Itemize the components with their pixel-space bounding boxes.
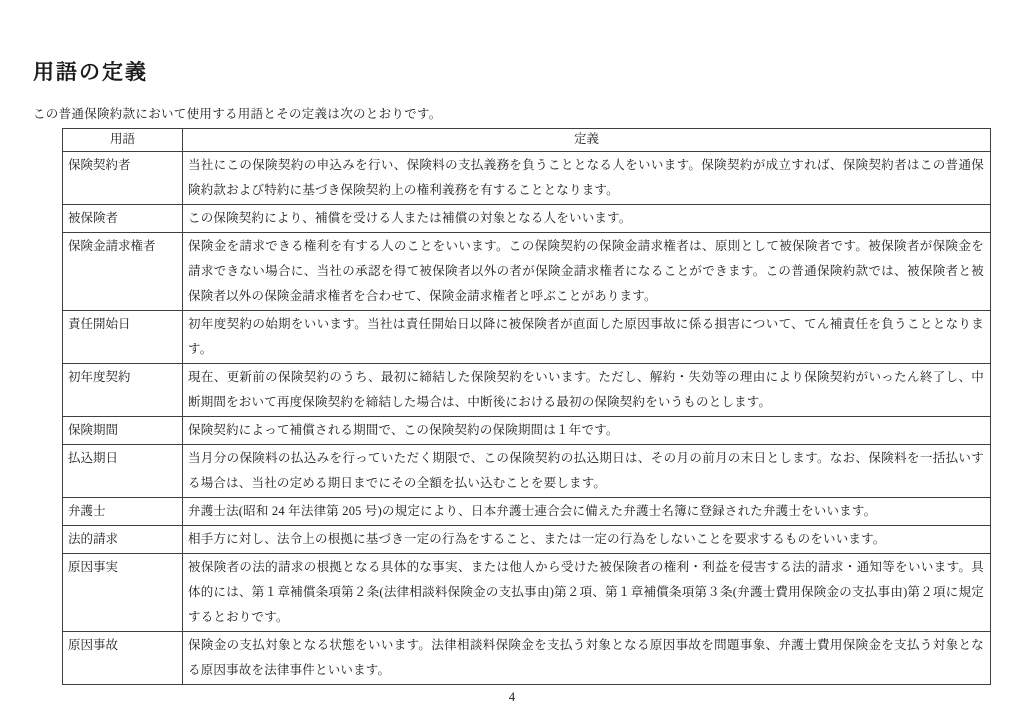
table-body: 保険契約者当社にこの保険契約の申込みを行い、保険料の支払義務を負うこととなる人を… xyxy=(63,152,991,685)
definition-cell: 保険契約によって補償される期間で、この保険契約の保険期間は１年です。 xyxy=(183,417,991,445)
definition-cell: 初年度契約の始期をいいます。当社は責任開始日以降に被保険者が直面した原因事故に係… xyxy=(183,311,991,364)
page-title: 用語の定義 xyxy=(33,56,990,86)
term-cell: 被保険者 xyxy=(63,205,183,233)
table-row: 原因事故保険金の支払対象となる状態をいいます。法律相談料保険金を支払う対象となる… xyxy=(63,632,991,685)
document-page: 用語の定義 この普通保険約款において使用する用語とその定義は次のとおりです。 用… xyxy=(0,0,1024,726)
table-row: 責任開始日初年度契約の始期をいいます。当社は責任開始日以降に被保険者が直面した原… xyxy=(63,311,991,364)
definition-cell: 当月分の保険料の払込みを行っていただく期限で、この保険契約の払込期日は、その月の… xyxy=(183,445,991,498)
definition-cell: 保険金の支払対象となる状態をいいます。法律相談料保険金を支払う対象となる原因事故… xyxy=(183,632,991,685)
term-cell: 原因事故 xyxy=(63,632,183,685)
definition-cell: 被保険者の法的請求の根拠となる具体的な事実、または他人から受けた被保険者の権利・… xyxy=(183,554,991,632)
definition-cell: 弁護士法(昭和 24 年法律第 205 号)の規定により、日本弁護士連合会に備え… xyxy=(183,498,991,526)
table-row: 保険契約者当社にこの保険契約の申込みを行い、保険料の支払義務を負うこととなる人を… xyxy=(63,152,991,205)
definition-column-header: 定義 xyxy=(183,129,991,152)
table-row: 原因事実被保険者の法的請求の根拠となる具体的な事実、または他人から受けた被保険者… xyxy=(63,554,991,632)
term-cell: 法的請求 xyxy=(63,526,183,554)
term-cell: 弁護士 xyxy=(63,498,183,526)
page-number: 4 xyxy=(0,690,1024,705)
definition-cell: 相手方に対し、法令上の根拠に基づき一定の行為をすること、または一定の行為をしない… xyxy=(183,526,991,554)
term-cell: 保険契約者 xyxy=(63,152,183,205)
definition-cell: 当社にこの保険契約の申込みを行い、保険料の支払義務を負うこととなる人をいいます。… xyxy=(183,152,991,205)
definitions-table: 用語 定義 保険契約者当社にこの保険契約の申込みを行い、保険料の支払義務を負うこ… xyxy=(62,128,991,685)
term-cell: 初年度契約 xyxy=(63,364,183,417)
term-cell: 保険金請求権者 xyxy=(63,233,183,311)
table-header-row: 用語 定義 xyxy=(63,129,991,152)
definition-cell: 保険金を請求できる権利を有する人のことをいいます。この保険契約の保険金請求権者は… xyxy=(183,233,991,311)
table-row: 保険期間保険契約によって補償される期間で、この保険契約の保険期間は１年です。 xyxy=(63,417,991,445)
term-cell: 責任開始日 xyxy=(63,311,183,364)
table-row: 法的請求相手方に対し、法令上の根拠に基づき一定の行為をすること、または一定の行為… xyxy=(63,526,991,554)
table-row: 初年度契約現在、更新前の保険契約のうち、最初に締結した保険契約をいいます。ただし… xyxy=(63,364,991,417)
table-row: 被保険者この保険契約により、補償を受ける人または補償の対象となる人をいいます。 xyxy=(63,205,991,233)
term-cell: 原因事実 xyxy=(63,554,183,632)
intro-text: この普通保険約款において使用する用語とその定義は次のとおりです。 xyxy=(33,104,990,122)
table-row: 保険金請求権者保険金を請求できる権利を有する人のことをいいます。この保険契約の保… xyxy=(63,233,991,311)
term-cell: 保険期間 xyxy=(63,417,183,445)
definition-cell: 現在、更新前の保険契約のうち、最初に締結した保険契約をいいます。ただし、解約・失… xyxy=(183,364,991,417)
table-row: 弁護士弁護士法(昭和 24 年法律第 205 号)の規定により、日本弁護士連合会… xyxy=(63,498,991,526)
table-row: 払込期日当月分の保険料の払込みを行っていただく期限で、この保険契約の払込期日は、… xyxy=(63,445,991,498)
definition-cell: この保険契約により、補償を受ける人または補償の対象となる人をいいます。 xyxy=(183,205,991,233)
term-cell: 払込期日 xyxy=(63,445,183,498)
term-column-header: 用語 xyxy=(63,129,183,152)
